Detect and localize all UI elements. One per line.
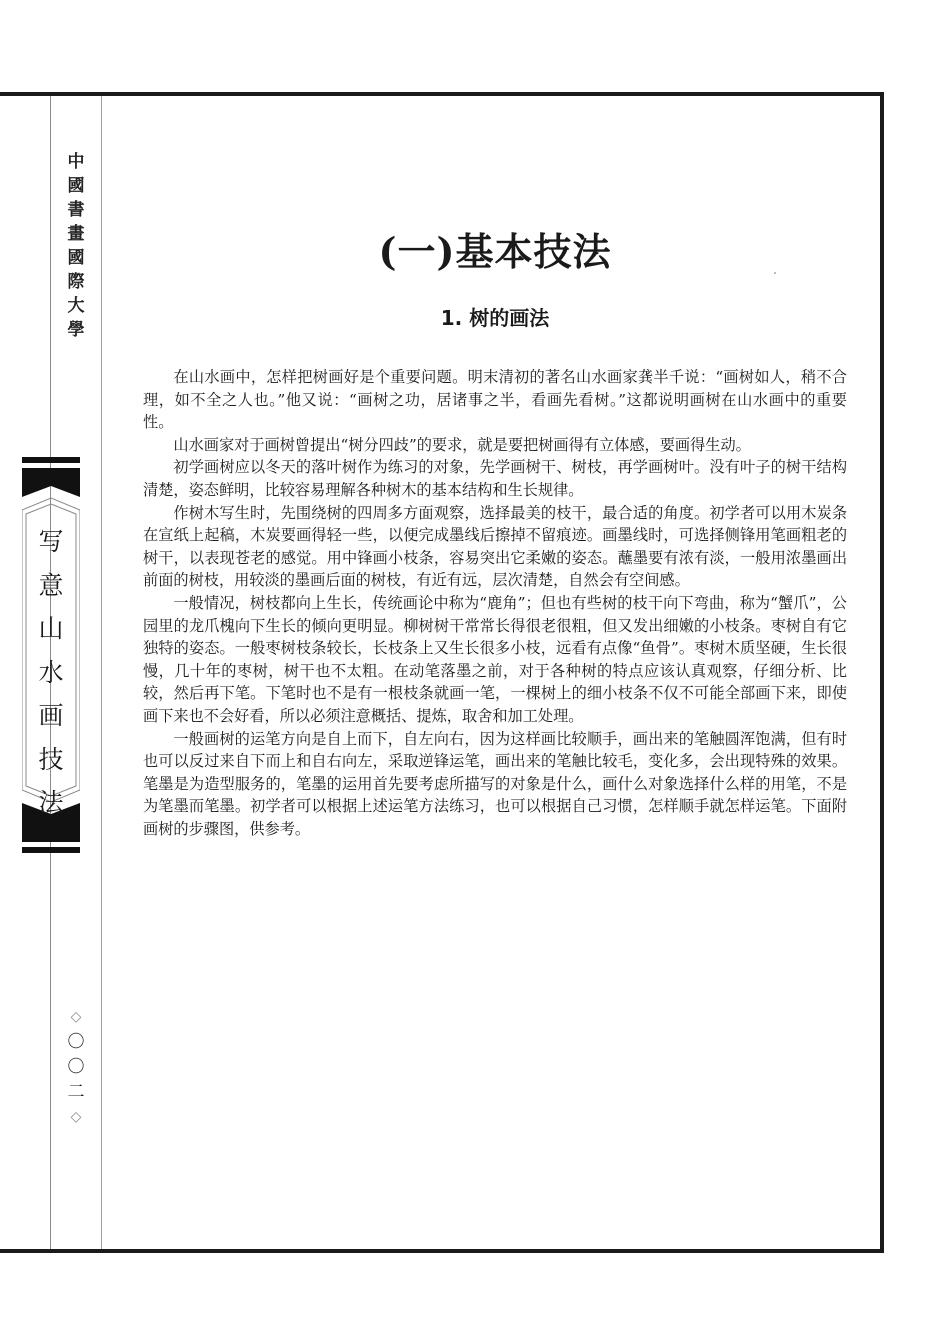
- school-char: 中: [68, 150, 85, 174]
- school-char: 書: [68, 198, 85, 222]
- paragraph: 初学画树应以冬天的落叶树作为练习的对象，先学画树干、树枝，再学画树叶。没有叶子的…: [143, 456, 847, 501]
- diamond-icon: ◇: [71, 1105, 82, 1130]
- page-number-digit: 〇: [68, 1030, 85, 1055]
- page-number: ◇ 〇 〇 二 ◇: [60, 1005, 92, 1130]
- book-title-char: 写: [38, 520, 63, 564]
- paragraph: 作树木写生时，先围绕树的四周多方面观察，选择最美的枝干，最合适的角度。初学者可以…: [143, 502, 847, 592]
- school-char: 國: [68, 174, 85, 198]
- paragraph: 一般情况，树枝都向上生长，传统画论中称为“鹿角”；但也有些树的枝干向下弯曲，称为…: [143, 592, 847, 728]
- book-title-char: 山: [38, 607, 63, 651]
- book-title-char: 意: [38, 564, 63, 608]
- book-title-char: 法: [38, 781, 63, 825]
- body-text: 在山水画中，怎样把树画好是个重要问题。明末清初的著名山水画家龚半千说：“画树如人…: [143, 366, 847, 840]
- book-title-char: 技: [38, 738, 63, 782]
- page-number-digit: 二: [68, 1080, 85, 1105]
- section-title: 1. 树的画法: [0, 302, 950, 331]
- paragraph: 在山水画中，怎样把树画好是个重要问题。明末清初的著名山水画家龚半千说：“画树如人…: [143, 366, 847, 434]
- book-title-vertical: 写 意 山 水 画 技 法: [22, 520, 80, 825]
- paragraph: 山水画家对于画树曾提出“树分四歧”的要求，就是要把树画得有立体感，要画得生动。: [143, 434, 847, 457]
- scan-speck: [774, 272, 776, 274]
- paragraph: 一般画树的运笔方向是自上而下，自左向右，因为这样画比较顺手，画出来的笔触圆浑饱满…: [143, 728, 847, 841]
- book-title-char: 水: [38, 651, 63, 695]
- frame-top-border: [0, 92, 883, 96]
- frame-bottom-border: [0, 1249, 883, 1253]
- diamond-icon: ◇: [71, 1005, 82, 1030]
- book-title-char: 画: [38, 694, 63, 738]
- chapter-title: (一)基本技法: [0, 221, 950, 276]
- page-number-digit: 〇: [68, 1055, 85, 1080]
